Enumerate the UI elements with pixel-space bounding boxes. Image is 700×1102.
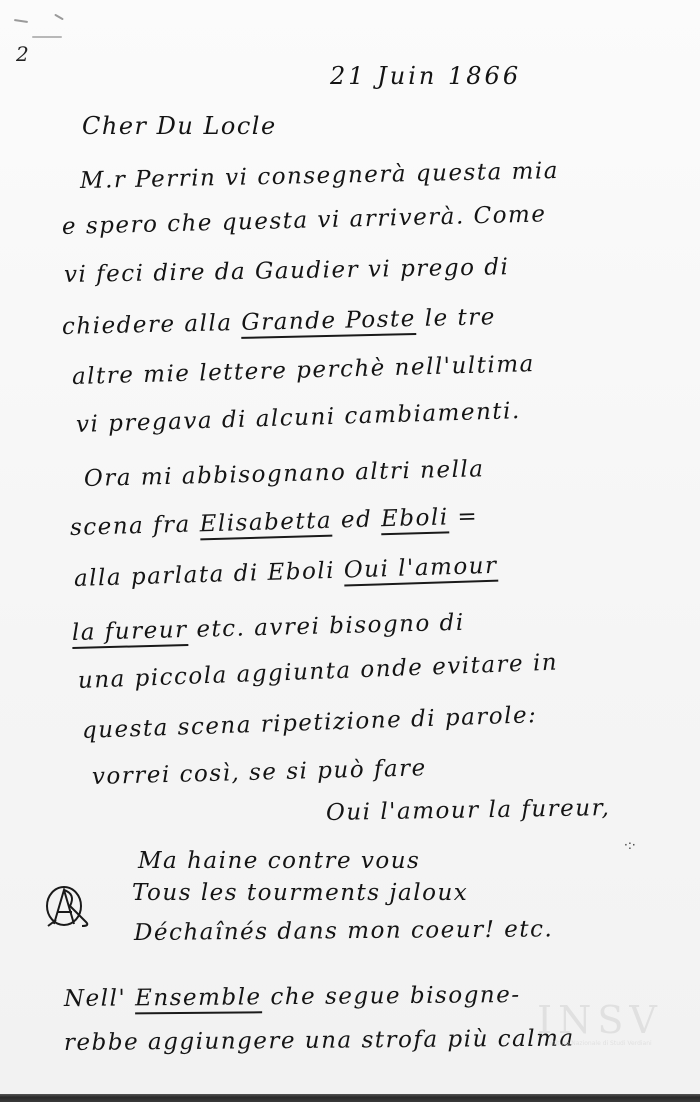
body-line: questa scena ripetizione di parole:	[82, 702, 538, 744]
underlined-ensemble: Ensemble	[135, 984, 262, 1014]
body-line: vi feci dire da Gaudier vi prego di	[64, 254, 510, 288]
underlined-eboli: Eboli	[381, 504, 449, 535]
line-text: chiedere alla	[62, 310, 242, 340]
line-text: le tre	[416, 304, 497, 332]
body-line: scena fra Elisabetta ed Eboli =	[70, 504, 479, 541]
body-line: chiedere alla Grande Poste le tre	[62, 304, 496, 340]
body-line: Ora mi abbisognano altri nella	[84, 456, 485, 492]
line-text: alla parlata di Eboli	[74, 558, 345, 592]
letter-date: 21 Juin 1866	[330, 62, 521, 90]
verse-line: Ma haine contre vous	[138, 848, 420, 874]
line-text: =	[448, 504, 478, 531]
verse-line: Oui l'amour la fureur,	[326, 795, 611, 826]
body-line: M.r Perrin vi consegnerà questa mia	[80, 158, 560, 194]
verse-line: Déchaînés dans mon coeur! etc.	[134, 916, 553, 946]
body-line: una piccola aggiunta onde evitare in	[78, 650, 559, 694]
salutation: Cher Du Locle	[82, 112, 277, 140]
body-line: vorrei così, se si può fare	[92, 755, 427, 790]
body-line: e spero che questa vi arriverà. Come	[62, 201, 547, 240]
line-text: scena fra	[70, 511, 200, 541]
line-text: Nell'	[64, 985, 135, 1012]
body-line: la fureur etc. avrei bisogno di	[72, 610, 465, 646]
line-text: ed	[332, 506, 382, 533]
page-number: 2	[16, 42, 29, 66]
verse-line: Tous les tourments jaloux	[132, 880, 468, 906]
body-line: vi pregava di alcuni cambiamenti.	[76, 398, 522, 438]
body-line: altre mie lettere perchè nell'ultima	[72, 351, 536, 390]
letter-page: 2 21 Juin 1866 Cher Du Locle M.r Perrin …	[0, 0, 700, 1094]
ink-specks: ·:·	[624, 838, 636, 852]
underlined-oui-lamour: Oui l'amour	[343, 553, 498, 587]
monogram-stamp-icon	[42, 884, 94, 932]
line-text: etc. avrei bisogno di	[187, 610, 465, 643]
underlined-grande-poste: Grande Poste	[241, 306, 416, 339]
underlined-la-fureur: la fureur	[72, 617, 188, 649]
closing-line: Nell' Ensemble che segue bisogne-	[64, 982, 521, 1012]
closing-line: rebbe aggiungere una strofa più calma	[64, 1026, 575, 1056]
underlined-elisabetta: Elisabetta	[199, 508, 332, 541]
body-line: alla parlata di Eboli Oui l'amour	[74, 553, 498, 592]
scan-bottom-edge	[0, 1094, 700, 1102]
line-text: che segue bisogne-	[262, 982, 521, 1010]
